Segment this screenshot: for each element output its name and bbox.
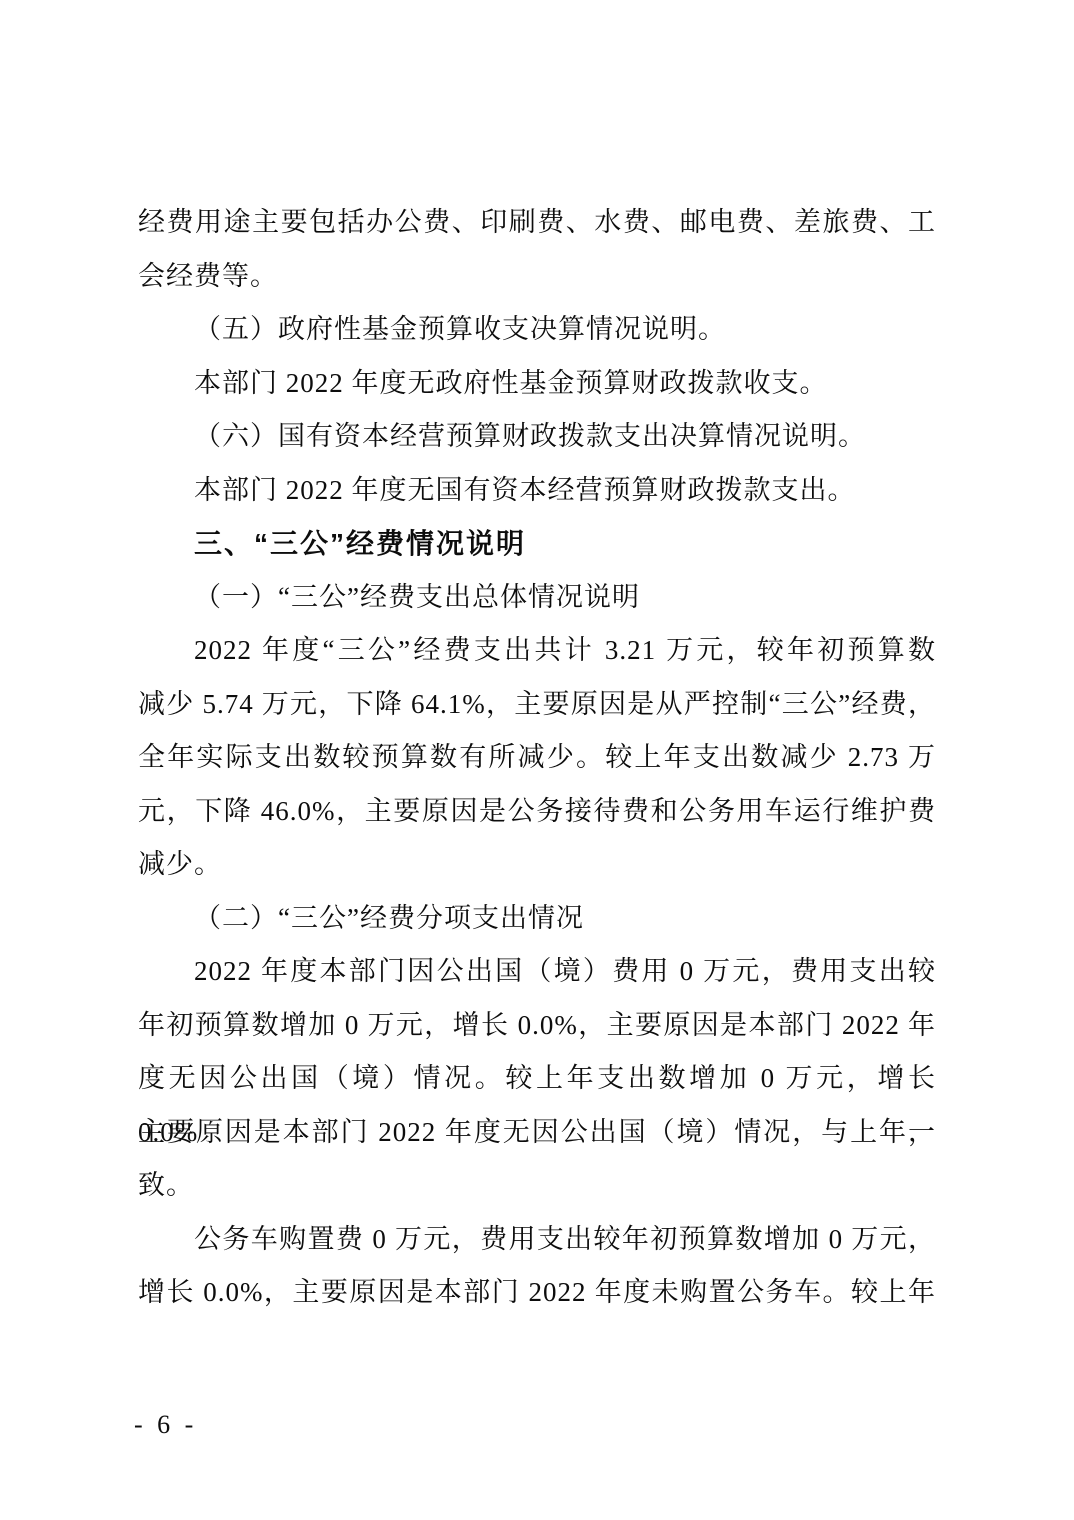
text-line: 公务车购置费 0 万元，费用支出较年初预算数增加 0 万元，	[138, 1213, 936, 1267]
subsection-title: （五）政府性基金预算收支决算情况说明。	[138, 303, 936, 357]
text-line: 全年实际支出数较预算数有所减少。较上年支出数减少 2.73 万	[138, 731, 936, 785]
text-line: 主要原因是本部门 2022 年度无因公出国（境）情况，与上年一	[138, 1106, 936, 1160]
subsection-title: （六）国有资本经营预算财政拨款支出决算情况说明。	[138, 410, 936, 464]
subsection-title: （一）“三公”经费支出总体情况说明	[138, 571, 936, 625]
text-line: 经费用途主要包括办公费、印刷费、水费、邮电费、差旅费、工	[138, 196, 936, 250]
text-line: 会经费等。	[138, 250, 936, 304]
document-page: 经费用途主要包括办公费、印刷费、水费、邮电费、差旅费、工 会经费等。 （五）政府…	[0, 0, 1074, 1520]
page-number: - 6 -	[134, 1398, 197, 1451]
text-line: 年初预算数增加 0 万元，增长 0.0%，主要原因是本部门 2022 年	[138, 999, 936, 1053]
text-line: 2022 年度“三公”经费支出共计 3.21 万元，较年初预算数	[138, 624, 936, 678]
subsection-title: （二）“三公”经费分项支出情况	[138, 892, 936, 946]
text-line: 本部门 2022 年度无国有资本经营预算财政拨款支出。	[138, 464, 936, 518]
text-line: 本部门 2022 年度无政府性基金预算财政拨款收支。	[138, 357, 936, 411]
text-line: 致。	[138, 1159, 936, 1213]
text-line: 元，下降 46.0%，主要原因是公务接待费和公务用车运行维护费	[138, 785, 936, 839]
text-line: 度无因公出国（境）情况。较上年支出数增加 0 万元，增长 0.0%，	[138, 1052, 936, 1106]
text-line: 减少 5.74 万元，下降 64.1%，主要原因是从严控制“三公”经费，	[138, 678, 936, 732]
text-line: 2022 年度本部门因公出国（境）费用 0 万元，费用支出较	[138, 945, 936, 999]
text-line: 减少。	[138, 838, 936, 892]
text-line: 增长 0.0%，主要原因是本部门 2022 年度未购置公务车。较上年	[138, 1266, 936, 1320]
section-heading: 三、“三公”经费情况说明	[138, 517, 936, 571]
document-body: 经费用途主要包括办公费、印刷费、水费、邮电费、差旅费、工 会经费等。 （五）政府…	[138, 196, 936, 1320]
